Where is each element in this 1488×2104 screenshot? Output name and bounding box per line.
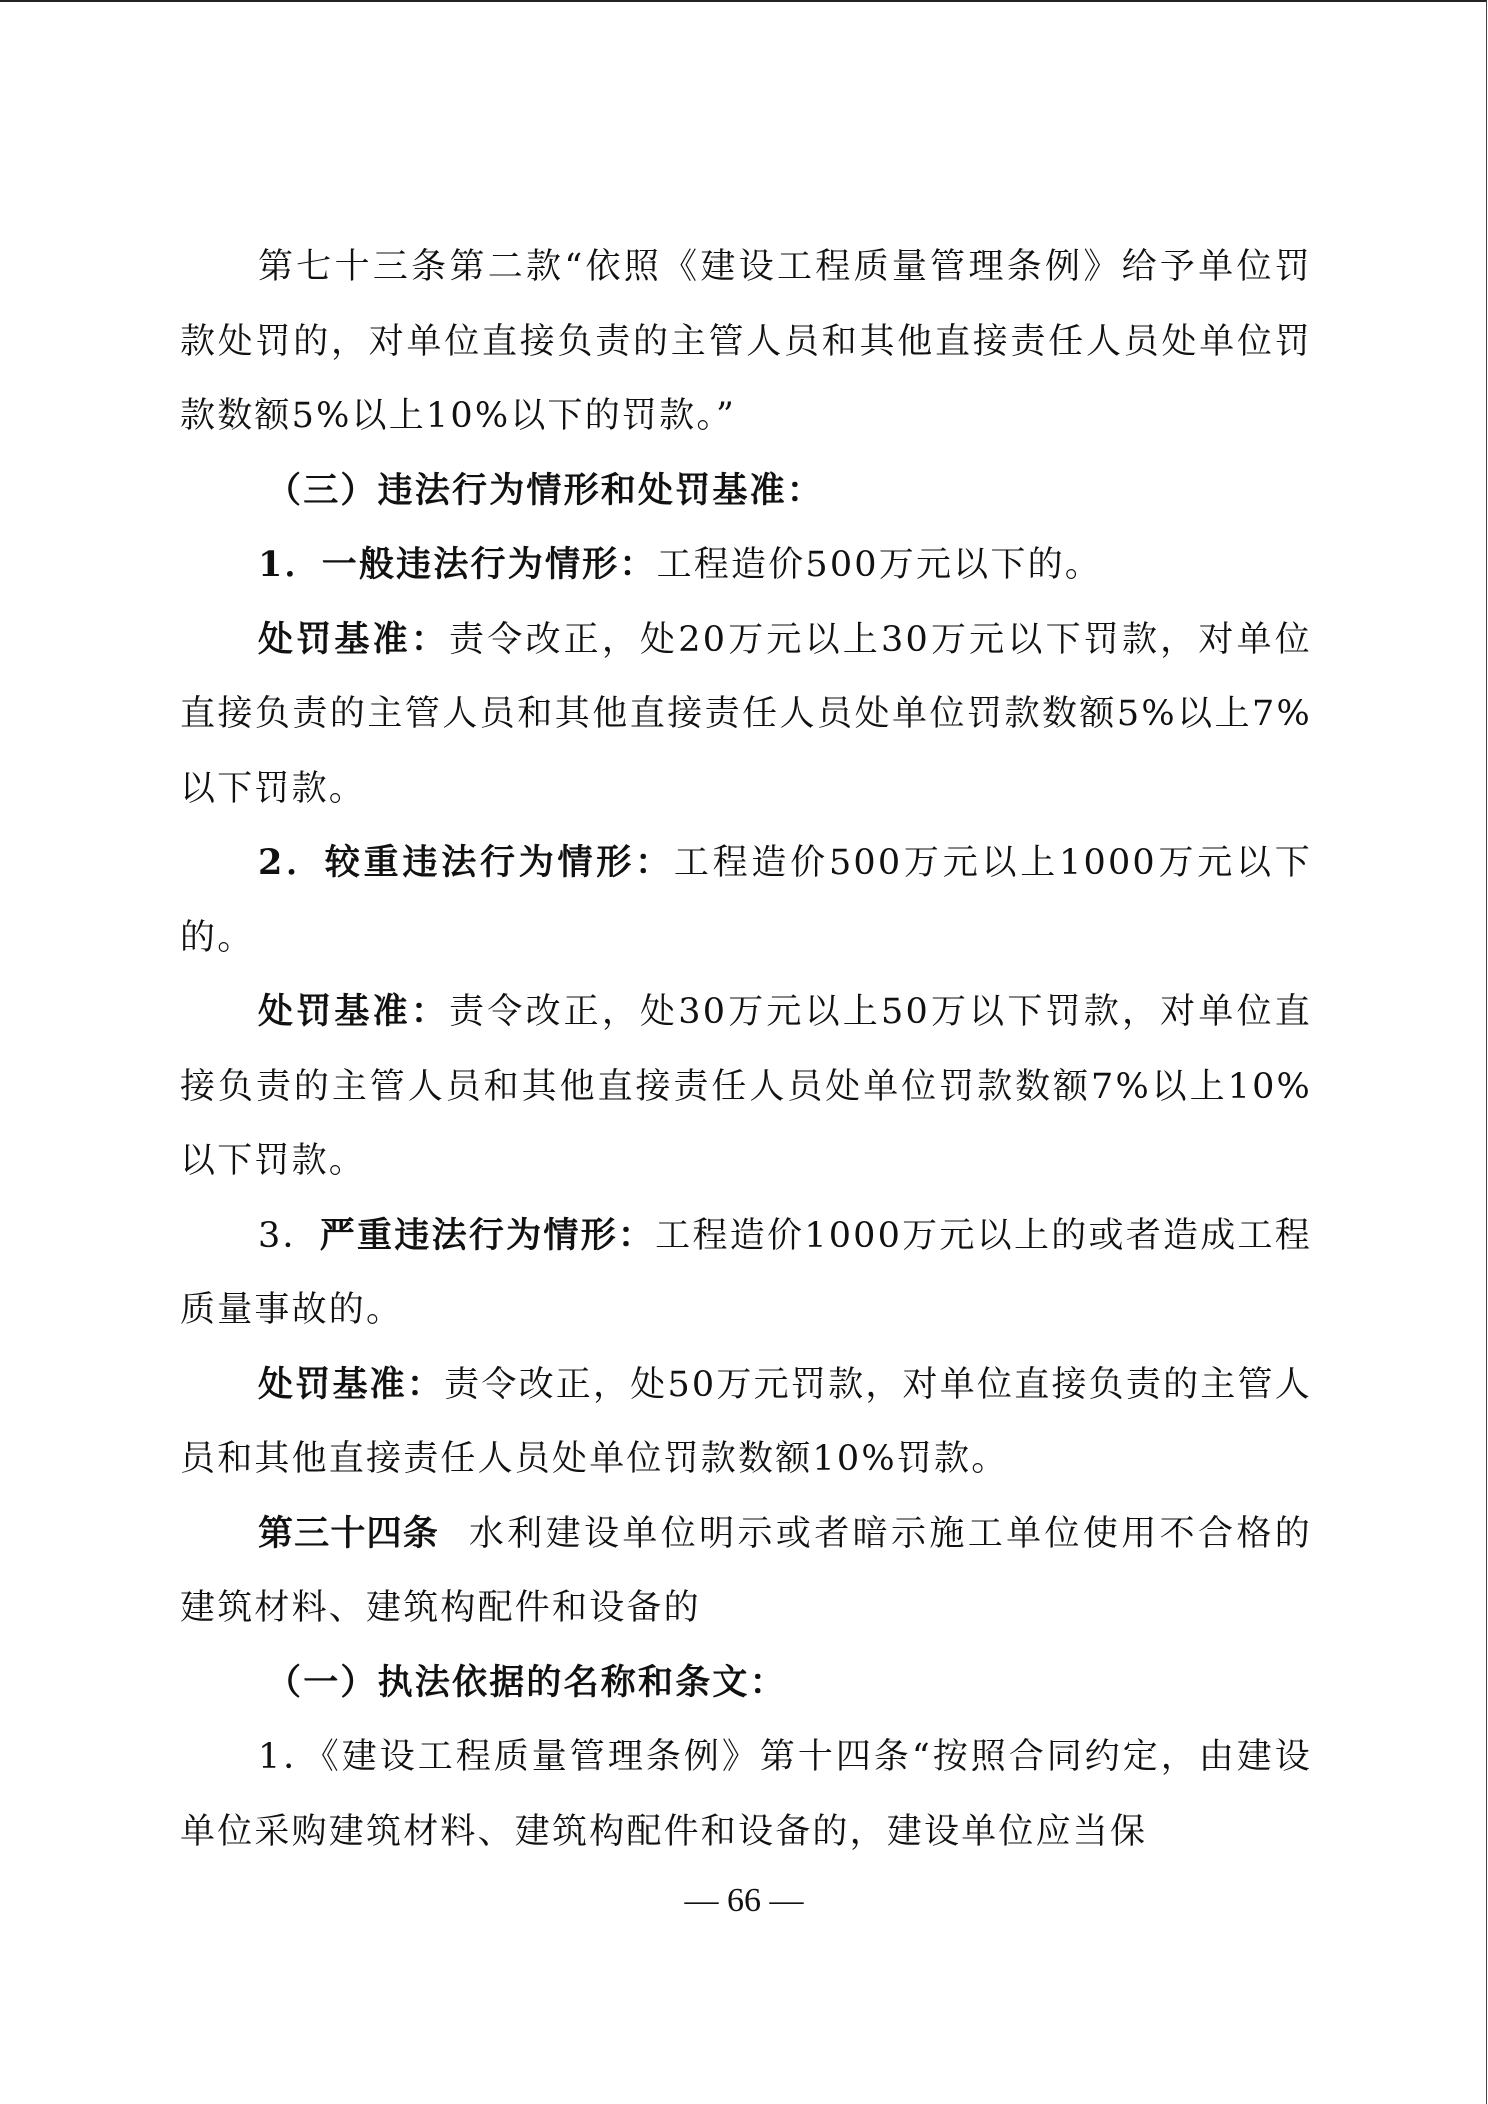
case-label: 1．一般违法行为情形：	[258, 544, 657, 585]
section-heading-violation-cases: （三）违法行为情形和处罚基准：	[180, 454, 1312, 529]
heading-text: （三）违法行为情形和处罚基准：	[266, 470, 824, 511]
article-34-paragraph: 第三十四条水利建设单位明示或者暗示施工单位使用不合格的建筑材料、建筑构配件和设备…	[180, 1497, 1312, 1646]
document-body: 第七十三条第二款“依照《建设工程质量管理条例》给予单位罚款处罚的，对单位直接负责…	[180, 230, 1312, 1869]
quote-continuation-paragraph: 第七十三条第二款“依照《建设工程质量管理条例》给予单位罚款处罚的，对单位直接负责…	[180, 230, 1312, 454]
case-number: 3．	[258, 1216, 320, 1256]
paragraph-text: 第七十三条第二款“依照《建设工程质量管理条例》给予单位罚款处罚的，对单位直接负责…	[180, 247, 1312, 436]
section-heading-legal-basis: （一）执法依据的名称和条文：	[180, 1646, 1312, 1721]
heading-text: （一）执法依据的名称和条文：	[266, 1662, 787, 1703]
page-number: — 66 —	[0, 1882, 1488, 1920]
legal-clause-paragraph: 1．《建设工程质量管理条例》第十四条“按照合同约定，由建设单位采购建筑材料、建筑…	[180, 1720, 1312, 1869]
penalty-severe-paragraph: 处罚基准：责令改正，处50万元罚款，对单位直接负责的主管人员和其他直接责任人员处…	[180, 1348, 1312, 1497]
clause-text: 1．《建设工程质量管理条例》第十四条“按照合同约定，由建设单位采购建筑材料、建筑…	[180, 1737, 1312, 1852]
penalty-label: 处罚基准：	[258, 1364, 444, 1405]
case-general-paragraph: 1．一般违法行为情形：工程造价500万元以下的。	[180, 528, 1312, 603]
penalty-label: 处罚基准：	[258, 991, 449, 1032]
case-label: 2．较重违法行为情形：	[258, 842, 674, 883]
case-severe-paragraph: 3．严重违法行为情形：工程造价1000万元以上的或者造成工程质量事故的。	[180, 1199, 1312, 1348]
document-page: 第七十三条第二款“依照《建设工程质量管理条例》给予单位罚款处罚的，对单位直接负责…	[0, 0, 1487, 2104]
case-serious-paragraph: 2．较重违法行为情形：工程造价500万元以上1000万元以下的。	[180, 826, 1312, 975]
case-label: 严重违法行为情形：	[320, 1215, 655, 1256]
article-number: 第三十四条	[258, 1514, 439, 1554]
penalty-serious-paragraph: 处罚基准：责令改正，处30万元以上50万以下罚款，对单位直接负责的主管人员和其他…	[180, 975, 1312, 1199]
penalty-label: 处罚基准：	[258, 619, 449, 660]
penalty-general-paragraph: 处罚基准：责令改正，处20万元以上30万元以下罚款，对单位直接负责的主管人员和其…	[180, 603, 1312, 827]
case-text: 工程造价500万元以下的。	[657, 545, 1102, 585]
